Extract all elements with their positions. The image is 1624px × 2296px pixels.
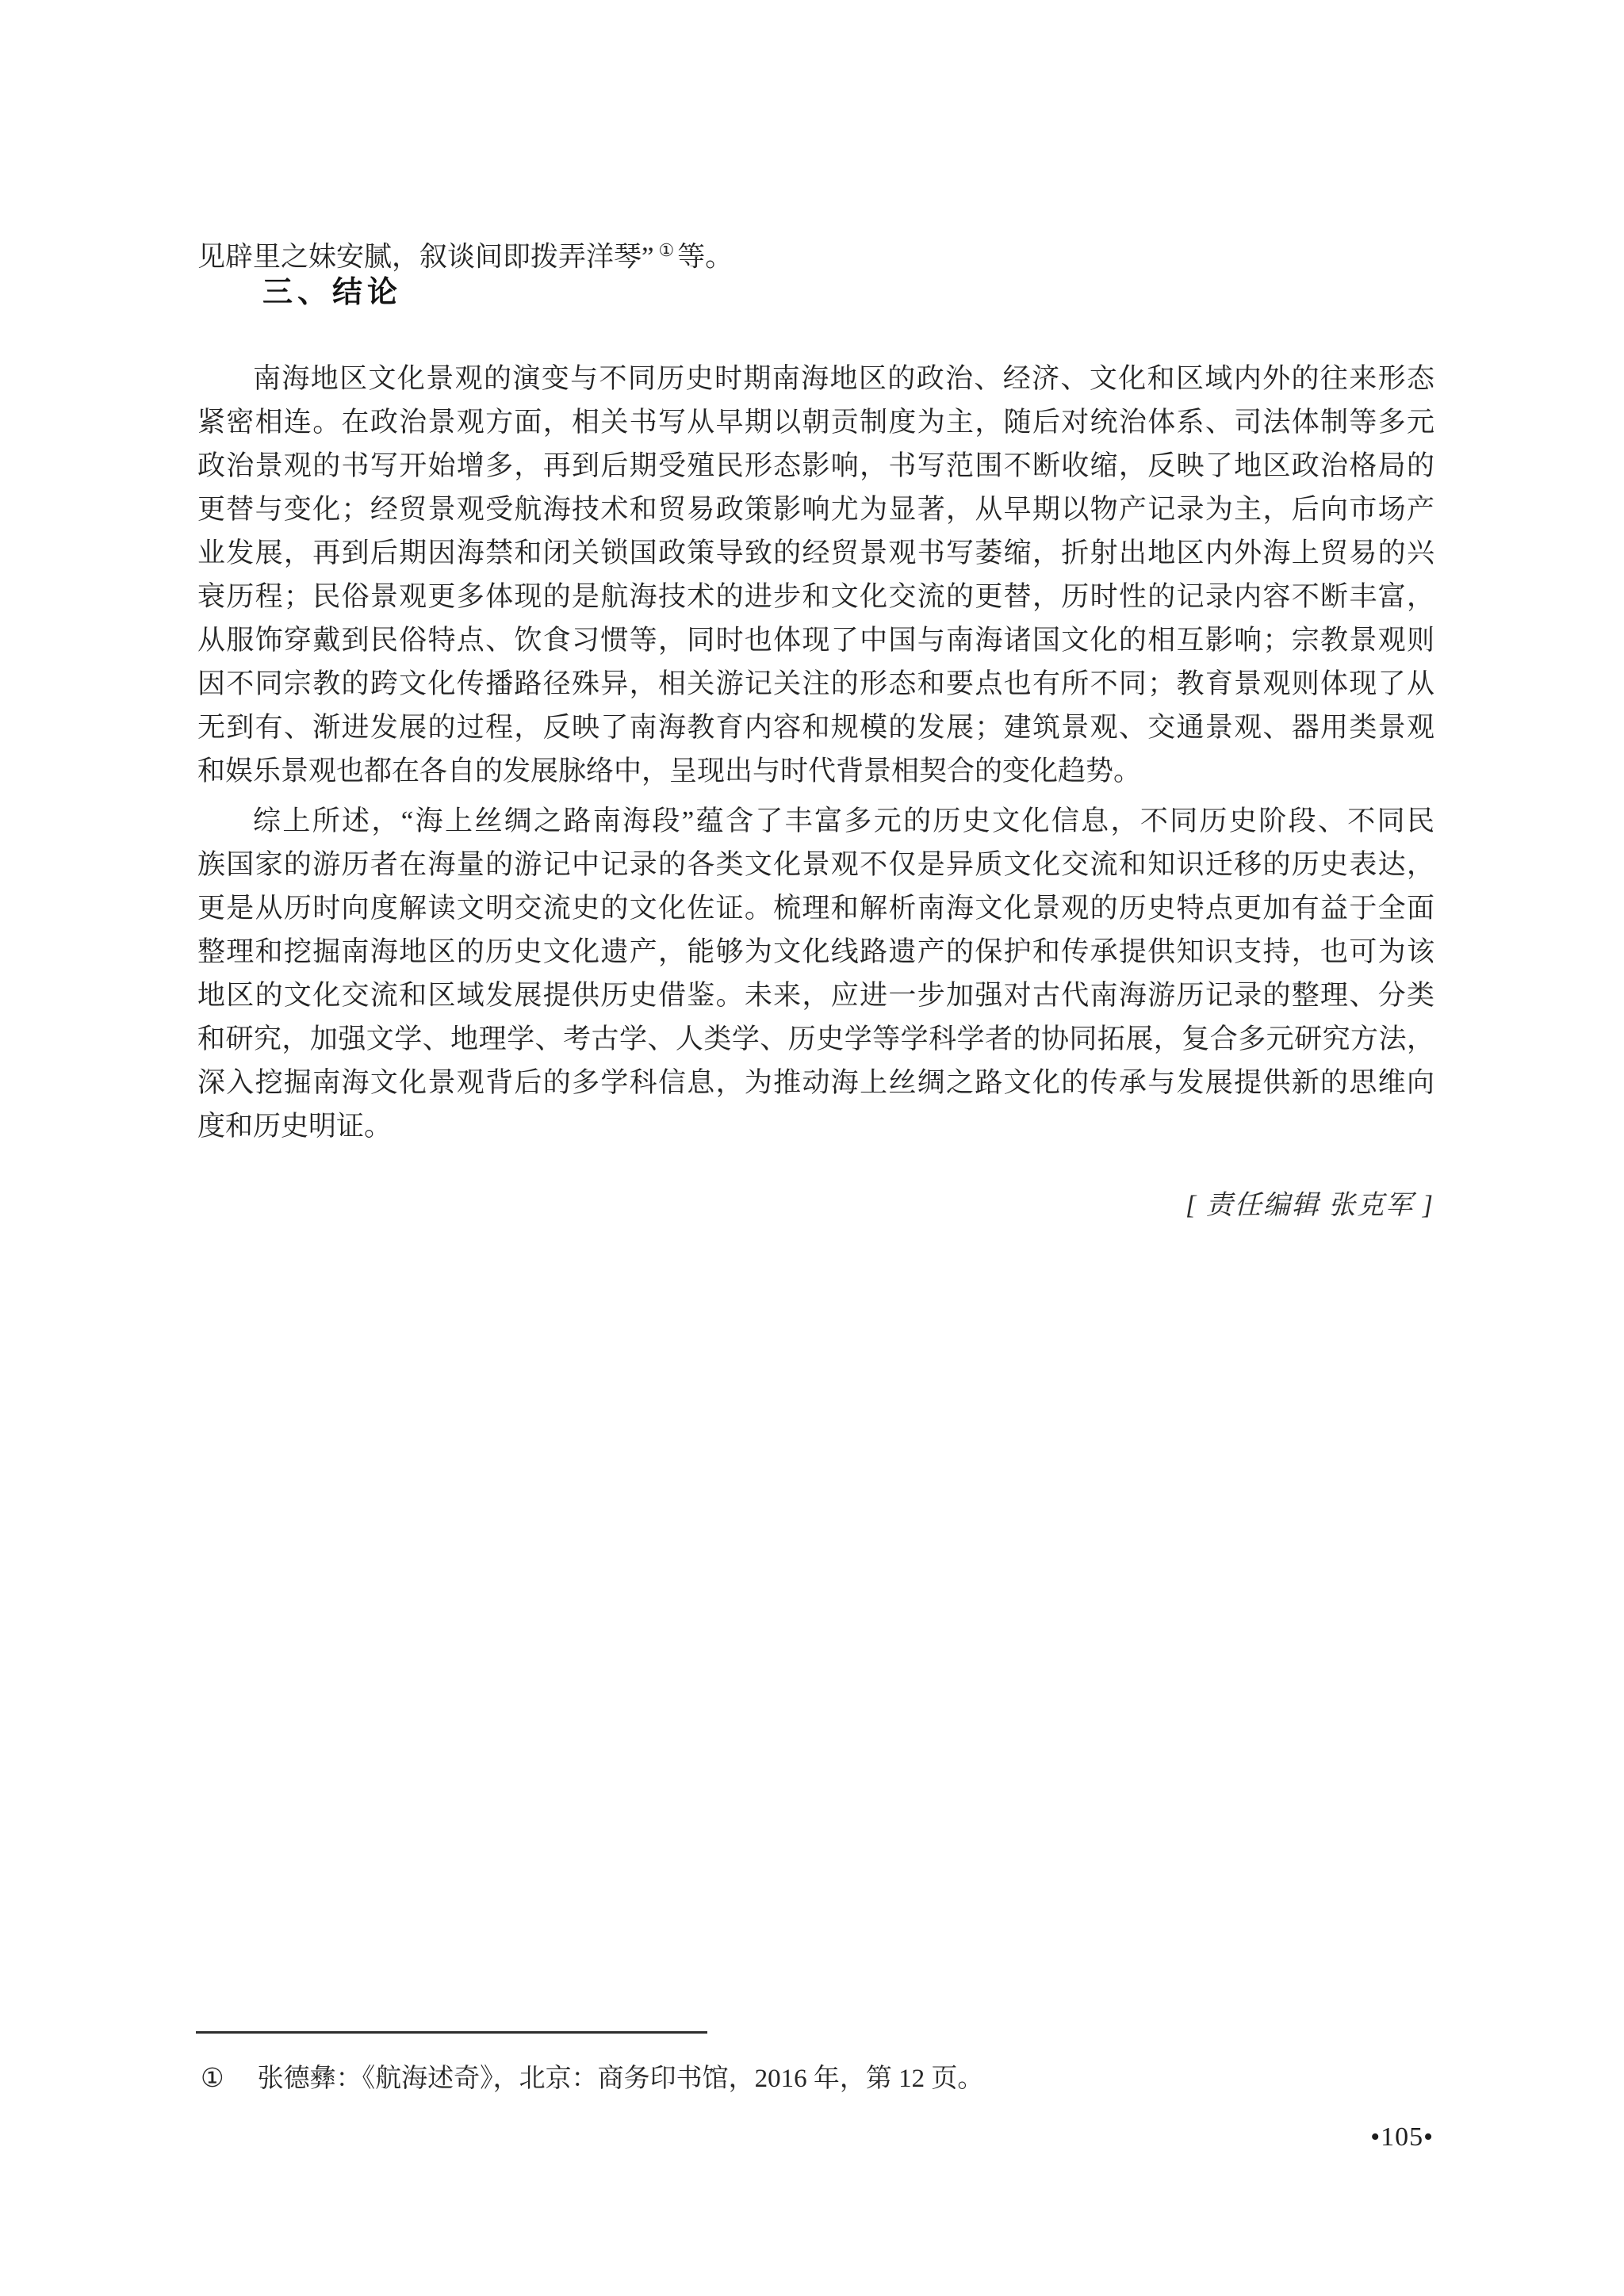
body-line: 从服饰穿戴到民俗特点、饮食习惯等，同时也体现了中国与南海诸国文化的相互影响；宗教… — [197, 618, 1434, 662]
footnote-reference-mark: ① — [654, 240, 678, 260]
body-line: 无到有、渐进发展的过程，反映了南海教育内容和规模的发展；建筑景观、交通景观、器用… — [197, 706, 1434, 749]
continuation-line: 见辟里之妹安腻，叙谈间即拨弄洋琴”①等。 — [197, 228, 1434, 279]
body-line: 整理和挖掘南海地区的历史文化遗产，能够为文化线路遗产的保护和传承提供知识支持，也… — [197, 930, 1434, 974]
page-number: •105• — [1370, 2122, 1434, 2153]
body-line: 综上所述，“海上丝绸之路南海段”蕴含了丰富多元的历史文化信息，不同历史阶段、不同… — [197, 799, 1434, 843]
footnote-separator-rule — [196, 2031, 707, 2034]
body-line: 地区的文化交流和区域发展提供历史借鉴。未来，应进一步加强对古代南海游历记录的整理… — [197, 974, 1434, 1017]
body-line: 衰历程；民俗景观更多体现的是航海技术的进步和文化交流的更替，历时性的记录内容不断… — [197, 575, 1434, 618]
body-line: 族国家的游历者在海量的游记中记录的各类文化景观不仅是异质文化交流和知识迁移的历史… — [197, 843, 1434, 886]
footnote-text: 张德彝：《航海述奇》，北京：商务印书馆，2016 年，第 12 页。 — [258, 2064, 984, 2093]
body-line: 更替与变化；经贸景观受航海技术和贸易政策影响尤为显著，从早期以物产记录为主，后向… — [197, 488, 1434, 531]
body-line: 度和历史明证。 — [197, 1104, 1434, 1148]
body-line: 更是从历时向度解读文明交流史的文化佐证。梳理和解析南海文化景观的历史特点更加有益… — [197, 886, 1434, 930]
continuation-text-post: 等。 — [677, 242, 733, 273]
body-line: 政治景观的书写开始增多，再到后期受殖民形态影响，书写范围不断收缩，反映了地区政治… — [197, 444, 1434, 488]
body-line: 因不同宗教的跨文化传播路径殊异，相关游记关注的形态和要点也有所不同；教育景观则体… — [197, 662, 1434, 706]
body-line: 深入挖掘南海文化景观背后的多学科信息，为推动海上丝绸之路文化的传承与发展提供新的… — [197, 1061, 1434, 1104]
conclusion-paragraph-2: 综上所述，“海上丝绸之路南海段”蕴含了丰富多元的历史文化信息，不同历史阶段、不同… — [197, 799, 1434, 1148]
responsible-editor-note: [ 责任编辑 张克军 ] — [197, 1186, 1434, 1226]
body-line: 和娱乐景观也都在各自的发展脉络中，呈现出与时代背景相契合的变化趋势。 — [197, 749, 1434, 793]
footnote-marker: ① — [201, 2060, 224, 2098]
body-line: 紧密相连。在政治景观方面，相关书写从早期以朝贡制度为主，随后对统治体系、司法体制… — [197, 400, 1434, 444]
document-page: 见辟里之妹安腻，叙谈间即拨弄洋琴”①等。 三、结论 南海地区文化景观的演变与不同… — [0, 0, 1624, 2296]
body-line: 和研究，加强文学、地理学、考古学、人类学、历史学等学科学者的协同拓展，复合多元研… — [197, 1017, 1434, 1061]
conclusion-paragraph-1: 南海地区文化景观的演变与不同历史时期南海地区的政治、经济、文化和区域内外的往来形… — [197, 357, 1434, 793]
body-line: 南海地区文化景观的演变与不同历史时期南海地区的政治、经济、文化和区域内外的往来形… — [197, 357, 1434, 400]
continuation-text-pre: 见辟里之妹安腻，叙谈间即拨弄洋琴” — [197, 242, 654, 273]
footnote-1: ①张德彝：《航海述奇》，北京：商务印书馆，2016 年，第 12 页。 — [201, 2060, 1434, 2098]
section-heading-conclusion: 三、结论 — [197, 273, 1500, 312]
body-line: 业发展，再到后期因海禁和闭关锁国政策导致的经贸景观书写萎缩，折射出地区内外海上贸… — [197, 531, 1434, 575]
